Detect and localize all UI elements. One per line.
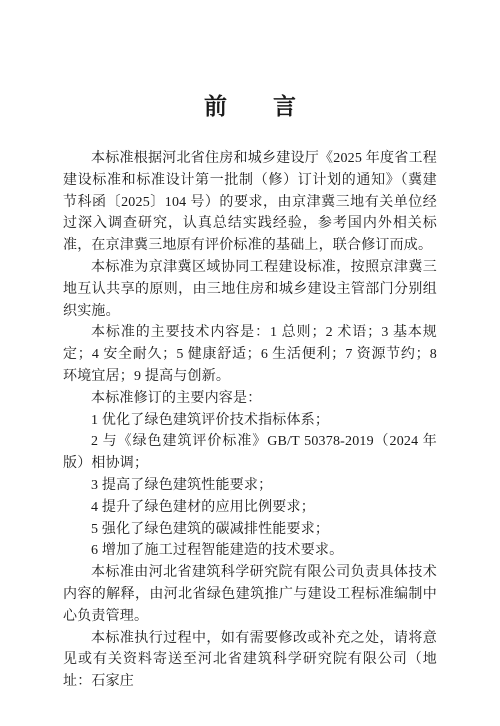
list-item-paragraph: 1 优化了绿色建筑评价技术指标体系； — [63, 410, 437, 432]
page-title: 前 言 — [63, 92, 437, 122]
paragraph: 本标准执行过程中，如有需要修改或补充之处，请将意见或有关资料寄送至河北省建筑科学… — [63, 628, 437, 693]
list-item-paragraph: 6 增加了施工过程智能建造的技术要求。 — [63, 540, 437, 562]
list-item-paragraph: 5 强化了绿色建筑的碳减排性能要求； — [63, 519, 437, 541]
paragraph: 本标准的主要技术内容是：1 总则；2 术语；3 基本规定；4 安全耐久；5 健康… — [63, 322, 437, 387]
paragraph: 本标准由河北省建筑科学研究院有限公司负责具体技术内容的解释，由河北省绿色建筑推广… — [63, 562, 437, 627]
paragraph: 本标准为京津冀区域协同工程建设标准，按照京津冀三地互认共享的原则，由三地住房和城… — [63, 257, 437, 322]
paragraph: 本标准根据河北省住房和城乡建设厅《2025 年度省工程建设标准和标准设计第一批制… — [63, 148, 437, 257]
list-item-paragraph: 4 提升了绿色建材的应用比例要求； — [63, 497, 437, 519]
list-item-paragraph: 3 提高了绿色建筑性能要求； — [63, 475, 437, 497]
list-item-paragraph: 2 与《绿色建筑评价标准》GB/T 50378-2019（2024 年版）相协调… — [63, 431, 437, 475]
document-page: 前 言 本标准根据河北省住房和城乡建设厅《2025 年度省工程建设标准和标准设计… — [0, 0, 500, 726]
foreword-body: 本标准根据河北省住房和城乡建设厅《2025 年度省工程建设标准和标准设计第一批制… — [63, 148, 437, 693]
paragraph: 本标准修订的主要内容是： — [63, 388, 437, 410]
